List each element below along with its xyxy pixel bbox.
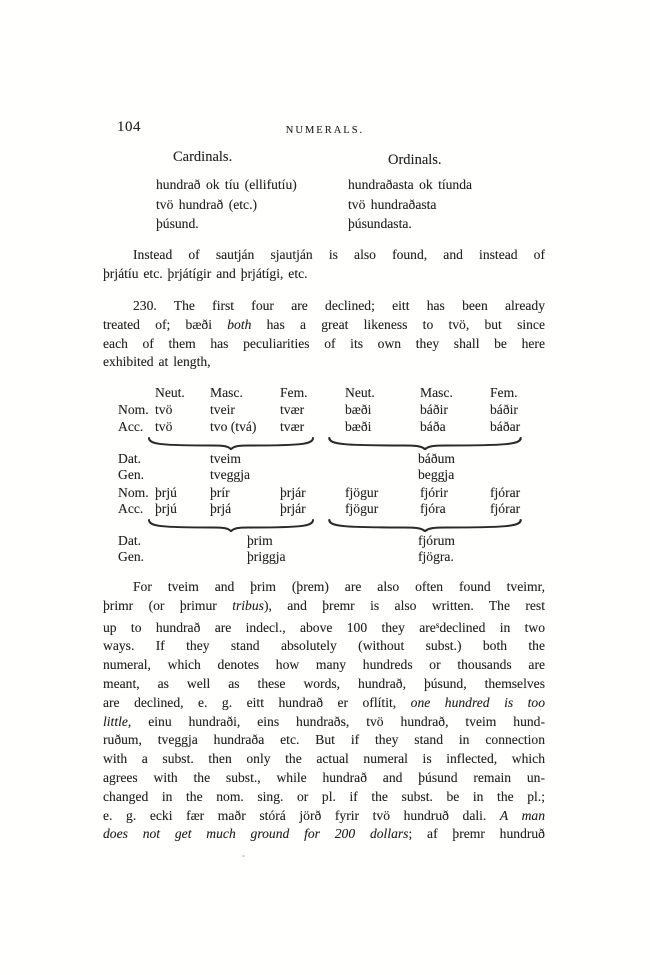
underbrace-icon: [327, 518, 523, 532]
case-label: Acc.: [118, 501, 143, 517]
text-line: ways. If they stand absolutely (without …: [103, 637, 545, 656]
case-label: Nom.: [118, 402, 149, 418]
text-line: little, einu hundraði, eins hundraðs, tv…: [103, 713, 545, 732]
list-line: þúsund.: [156, 214, 297, 234]
ink-speck: [242, 855, 245, 857]
header-neut-left: Neut.: [155, 385, 185, 401]
underbrace-icon: [147, 518, 315, 532]
cell: báðir: [490, 402, 518, 418]
table-row: Gen. þriggja fjögra.: [103, 549, 545, 566]
list-line: tvö hundraðasta: [348, 195, 472, 215]
text-line: numeral, which denotes how many hundreds…: [103, 656, 545, 675]
cell: þriggja: [247, 549, 286, 565]
text-line: agrees with the subst., while hundrað an…: [103, 769, 545, 788]
text-line: each of them has peculiarities of its ow…: [103, 335, 545, 354]
list-line: hundrað ok tíu (ellifutíu): [156, 175, 297, 195]
cell: fjögur: [345, 501, 378, 517]
cell: þrjú: [155, 485, 177, 501]
paragraph-tveim: For tveim and þrim (þrem) are also often…: [103, 578, 545, 844]
cell: þrjá: [210, 501, 231, 517]
cell: fjóra: [420, 501, 446, 517]
ordinals-list: hundraðasta ok tíundatvö hundraðastaþúsu…: [348, 175, 472, 234]
ordinals-heading: Ordinals.: [388, 152, 442, 169]
text-line: treated of; bæði both has a great likene…: [103, 316, 545, 335]
cell: báða: [420, 419, 446, 435]
text-line: up to hundrað are indecl., above 100 the…: [103, 616, 545, 638]
case-label: Acc.: [118, 419, 143, 435]
cell: tvo (tvá): [210, 419, 256, 435]
text-line: ruðum, tveggja hundraða etc. But if they…: [103, 731, 545, 750]
text-line: Instead of sautján sjautján is also foun…: [103, 246, 545, 265]
underbrace-icon: [327, 436, 523, 450]
table-row: Gen. tveggja beggja: [103, 467, 545, 484]
table-row: Acc. tvö tvo (tvá) tvær bæði báða báðar: [103, 419, 545, 436]
list-line: tvö hundrað (etc.): [156, 195, 297, 215]
text-line: þrjátíu etc. þrjátígir and þrjátígi, etc…: [103, 265, 545, 284]
declension-table: Neut. Masc. Fem. Neut. Masc. Fem. Nom. t…: [103, 381, 545, 567]
cell: tveim: [210, 451, 241, 467]
case-label: Gen.: [118, 467, 144, 483]
case-label: Nom.: [118, 485, 149, 501]
cell: þrim: [247, 533, 273, 549]
paragraph-sautjan: Instead of sautján sjautján is also foun…: [103, 246, 545, 284]
cell: fjórum: [418, 533, 455, 549]
cell: þrjár: [280, 485, 306, 501]
cell: tveggja: [210, 467, 250, 483]
cell: tvær: [280, 402, 304, 418]
cell: þrjú: [155, 501, 177, 517]
book-page: 104 NUMERALS. Cardinals. Ordinals. hundr…: [0, 0, 650, 975]
cell: þrjár: [280, 501, 306, 517]
cardinals-heading: Cardinals.: [173, 149, 232, 166]
cell: fjórar: [490, 485, 520, 501]
cell: fjórar: [490, 501, 520, 517]
header-fem-right: Fem.: [490, 385, 518, 401]
cell: báðir: [420, 402, 448, 418]
list-line: þúsundasta.: [348, 214, 472, 234]
cell: bæði: [345, 419, 371, 435]
text-line: þrimr (or þrimur tribus), and þremr is a…: [103, 597, 545, 616]
case-label: Gen.: [118, 549, 144, 565]
header-fem-left: Fem.: [280, 385, 308, 401]
cardinals-list: hundrað ok tíu (ellifutíu)tvö hundrað (e…: [156, 175, 297, 234]
header-neut-right: Neut.: [345, 385, 375, 401]
list-line: hundraðasta ok tíunda: [348, 175, 472, 195]
text-line: with a subst. then only the actual numer…: [103, 750, 545, 769]
cell: fjögra.: [418, 549, 454, 565]
header-masc-left: Masc.: [210, 385, 243, 401]
paragraph-230: 230. The first four are declined; eitt h…: [103, 297, 545, 372]
cell: þrír: [210, 485, 230, 501]
running-head: NUMERALS.: [0, 125, 650, 136]
text-line: does not get much ground for 200 dollars…: [103, 825, 545, 844]
cell: báðum: [418, 451, 455, 467]
table-row: Dat. þrim fjórum: [103, 533, 545, 550]
cell: beggja: [418, 467, 454, 483]
header-masc-right: Masc.: [420, 385, 453, 401]
text-line: exhibited at length,: [103, 353, 545, 372]
underbrace-icon: [147, 436, 315, 450]
cell: bæði: [345, 402, 371, 418]
cell: tvær: [280, 419, 304, 435]
table-row: Nom. tvö tveir tvær bæði báðir báðir: [103, 402, 545, 419]
text-line: e. g. ecki fær maðr stórá jörð fyrir tvö…: [103, 807, 545, 826]
text-line: changed in the nom. sing. or pl. if the …: [103, 788, 545, 807]
text-line: For tveim and þrim (þrem) are also often…: [103, 578, 545, 597]
cell: tvö: [155, 419, 172, 435]
cell: tveir: [210, 402, 235, 418]
cell: fjögur: [345, 485, 378, 501]
text-line: are declined, e. g. eitt hundrað er oflí…: [103, 694, 545, 713]
case-label: Dat.: [118, 451, 141, 467]
cell: báðar: [490, 419, 520, 435]
text-line: meant, as well as these words, hundrað, …: [103, 675, 545, 694]
text-line: 230. The first four are declined; eitt h…: [103, 297, 545, 316]
table-row: Dat. tveim báðum: [103, 451, 545, 468]
cell: fjórir: [420, 485, 448, 501]
table-row: Acc. þrjú þrjá þrjár fjögur fjóra fjórar: [103, 501, 545, 518]
cell: tvö: [155, 402, 172, 418]
table-row: Nom. þrjú þrír þrjár fjögur fjórir fjóra…: [103, 485, 545, 502]
table-header-row: Neut. Masc. Fem. Neut. Masc. Fem.: [103, 385, 545, 402]
case-label: Dat.: [118, 533, 141, 549]
